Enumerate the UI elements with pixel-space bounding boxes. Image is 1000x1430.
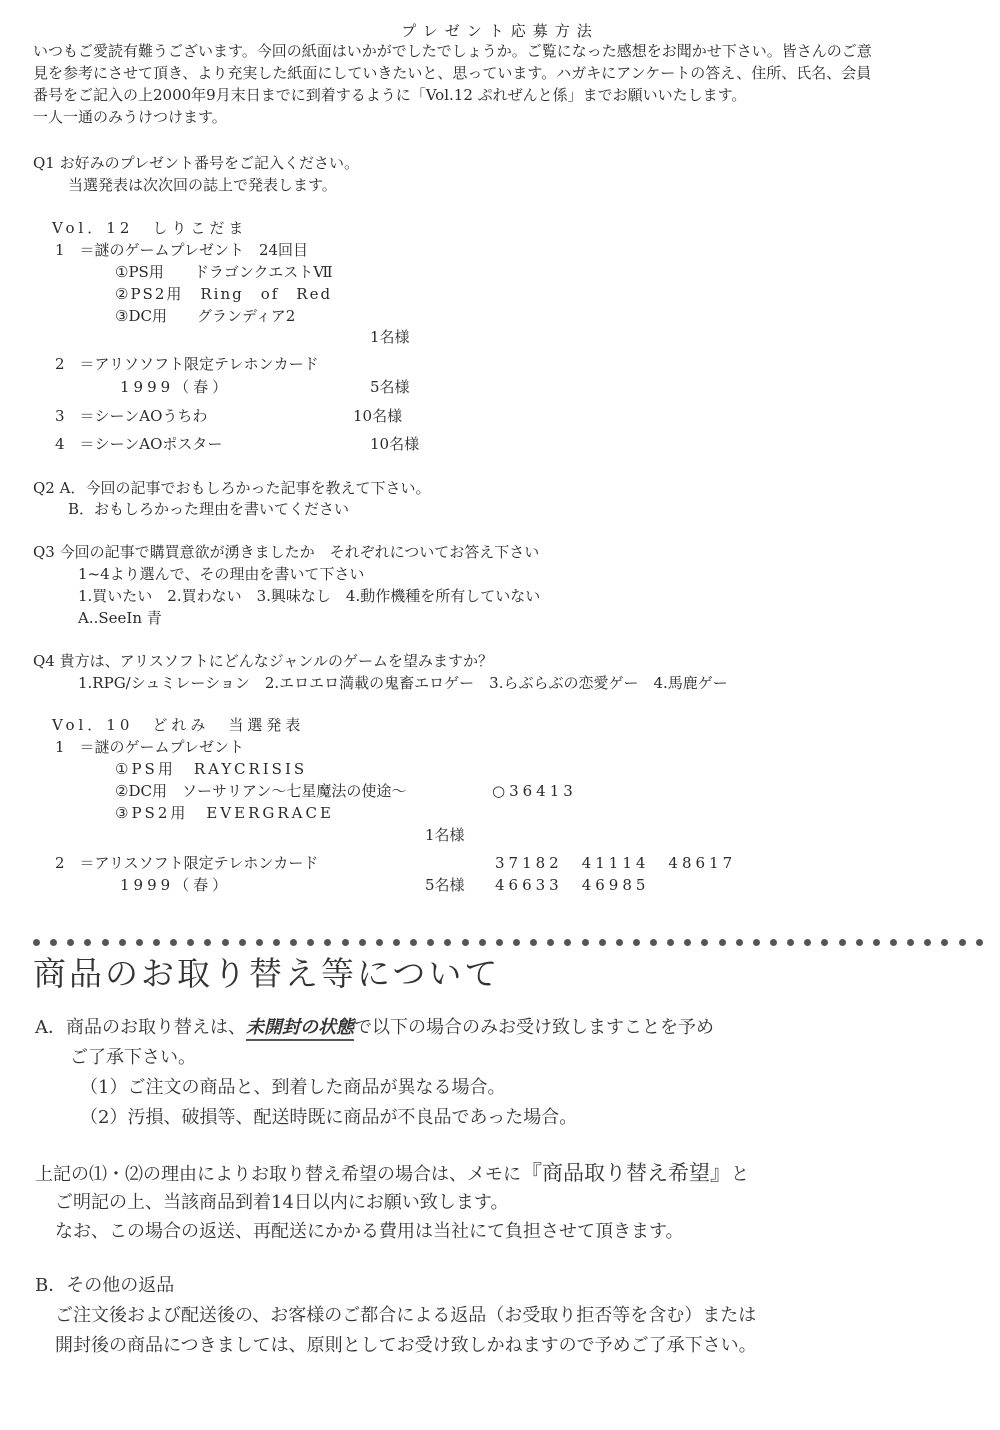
vol10-heading: Vol．10 どれみ 当選発表 xyxy=(52,714,304,736)
separator-dot xyxy=(684,939,691,946)
separator-dot xyxy=(582,939,589,946)
vol10-item1-label: 1 ＝謎のゲームプレゼント xyxy=(55,736,244,758)
separator-dot xyxy=(907,939,914,946)
separator-dot xyxy=(530,939,537,946)
separator-dot xyxy=(496,939,503,946)
separator-dot xyxy=(564,939,571,946)
separator-dot xyxy=(616,939,623,946)
separator-dot xyxy=(427,939,434,946)
q1-note: 当選発表は次次回の誌上で発表します。 xyxy=(68,174,337,196)
separator-dot xyxy=(839,939,846,946)
dotted-separator xyxy=(33,936,983,948)
separator-dot xyxy=(650,939,657,946)
separator-dot xyxy=(787,939,794,946)
vol12-item1-label: 1 ＝謎のゲームプレゼント 24回目 xyxy=(55,239,308,261)
exchange-note-line2: ご明記の上、当該商品到着14日以内にお願い致します。 xyxy=(55,1188,508,1218)
vol12-item1-option: ①PS用 ドラゴンクエストⅦ xyxy=(115,261,333,283)
vol12-item1-option: ②PS2用 Ring of Red xyxy=(115,283,332,305)
returns-heading: B．その他の返品 xyxy=(35,1271,174,1301)
separator-dot xyxy=(204,939,211,946)
vol12-item2-sub: 1999（春） xyxy=(120,376,231,398)
separator-dot xyxy=(102,939,109,946)
vol10-item2-sub: 1999（春） xyxy=(120,874,231,896)
separator-dot xyxy=(444,939,451,946)
q3-question: Q3 今回の記事で購買意欲が湧きましたか それぞれについてお答え下さい xyxy=(33,541,539,563)
vol10-item1-option: ③PS2用 EVERGRACE xyxy=(115,802,334,824)
separator-dot xyxy=(736,939,743,946)
q3-instruction: 1~4より選んで、その理由を書いて下さい xyxy=(78,563,364,585)
separator-dot xyxy=(393,939,400,946)
q3-choices: 1.買いたい 2.買わない 3.興味なし 4.動作機種を所有していない xyxy=(78,585,540,607)
separator-dot xyxy=(290,939,297,946)
separator-dot xyxy=(941,939,948,946)
separator-dot xyxy=(804,939,811,946)
separator-dot xyxy=(479,939,486,946)
separator-dot xyxy=(222,939,229,946)
separator-dot xyxy=(273,939,280,946)
separator-dot xyxy=(50,939,57,946)
vol10-item1-option2-winner: ○36413 xyxy=(492,780,577,802)
exchange-note-line1: 上記の⑴・⑵の理由によりお取り替え希望の場合は、メモに『商品取り替え希望』と xyxy=(35,1158,749,1190)
intro-line: 見を参考にさせて頂き、より充実した紙面にしていきたいと、思っています。ハガキにア… xyxy=(33,62,983,84)
separator-dot xyxy=(376,939,383,946)
separator-dot xyxy=(667,939,674,946)
q3-item-a: A..SeeIn 青 xyxy=(78,607,162,629)
exchange-request-emphasis: 『商品取り替え希望』 xyxy=(521,1161,731,1185)
vol10-item2-numbers-row2: 46633 46985 xyxy=(495,874,649,896)
returns-line1: ご注文後および配送後の、お客様のご都合による返品（お受取り拒否等を含む）または xyxy=(55,1301,756,1331)
vol10-item1-option: ①PS用 RAYCRISIS xyxy=(115,758,307,780)
exchange-a-prefix: A．商品のお取り替えは、 xyxy=(35,1017,246,1038)
exchange-a-line2: ご了承下さい。 xyxy=(70,1043,196,1073)
separator-dot xyxy=(856,939,863,946)
separator-dot xyxy=(239,939,246,946)
separator-dot xyxy=(324,939,331,946)
separator-dot xyxy=(67,939,74,946)
q4-choices: 1.RPG/シュミレーション 2.エロエロ満載の鬼畜エロゲー 3.らぶらぶの恋愛… xyxy=(78,672,728,694)
vol12-item3-winners: 10名様 xyxy=(353,405,402,427)
vol12-item2-winners: 5名様 xyxy=(370,376,410,398)
vol12-item1-winners: 1名様 xyxy=(370,326,410,348)
separator-dot xyxy=(719,939,726,946)
separator-dot xyxy=(187,939,194,946)
separator-dot xyxy=(359,939,366,946)
separator-dot xyxy=(701,939,708,946)
q4-question: Q4 貴方は、アリスソフトにどんなジャンルのゲームを望みますか？ xyxy=(33,650,493,672)
separator-dot xyxy=(959,939,966,946)
separator-dot xyxy=(976,939,983,946)
vol10-item1-winners: 1名様 xyxy=(425,824,465,846)
separator-dot xyxy=(890,939,897,946)
separator-dot xyxy=(873,939,880,946)
intro-paragraph: いつもご愛読有難うございます。今回の紙面はいかがでしたでしょうか。ご覧になった感… xyxy=(33,40,983,128)
separator-dot xyxy=(513,939,520,946)
vol12-item4-label: 4 ＝シーンAOポスター xyxy=(55,433,222,455)
separator-dot xyxy=(33,939,40,946)
intro-line: いつもご愛読有難うございます。今回の紙面はいかがでしたでしょうか。ご覧になった感… xyxy=(33,40,983,62)
separator-dot xyxy=(770,939,777,946)
separator-dot xyxy=(256,939,263,946)
separator-dot xyxy=(119,939,126,946)
separator-dot xyxy=(84,939,91,946)
exchange-note-suffix: と xyxy=(731,1164,749,1185)
page-title: プレゼント応募方法 xyxy=(0,20,1000,41)
separator-dot xyxy=(307,939,314,946)
separator-dot xyxy=(170,939,177,946)
vol12-item3-label: 3 ＝シーンAOうちわ xyxy=(55,405,207,427)
q2-question-b: B．おもしろかった理由を書いてください xyxy=(68,498,349,520)
exchange-case-1: （1）ご注文の商品と、到着した商品が異なる場合。 xyxy=(80,1073,505,1103)
exchange-a-line1: A．商品のお取り替えは、未開封の状態で以下の場合のみお受け致しますことを予め xyxy=(35,1013,714,1043)
vol12-item4-winners: 10名様 xyxy=(370,433,419,455)
separator-dot xyxy=(462,939,469,946)
separator-dot xyxy=(153,939,160,946)
vol12-heading: Vol．12 しりこだま xyxy=(52,217,247,239)
separator-dot xyxy=(136,939,143,946)
exchange-note-line3: なお、この場合の返送、再配送にかかる費用は当社にて負担させて頂きます。 xyxy=(55,1217,684,1247)
exchange-heading: 商品のお取り替え等について xyxy=(33,953,500,995)
returns-line2: 開封後の商品につきましては、原則としてお受け致しかねますので予めご了承下さい。 xyxy=(55,1331,757,1361)
vol10-item2-numbers-row1: 37182 41114 48617 xyxy=(495,852,736,874)
vol12-item2-label: 2 ＝アリソソフト限定テレホンカード xyxy=(55,353,319,375)
separator-dot xyxy=(821,939,828,946)
separator-dot xyxy=(410,939,417,946)
exchange-note-prefix: 上記の⑴・⑵の理由によりお取り替え希望の場合は、メモに xyxy=(35,1164,521,1185)
separator-dot xyxy=(924,939,931,946)
intro-line: 一人一通のみうけつけます。 xyxy=(33,106,983,128)
intro-line: 番号をご記入の上2000年9月末日までに到着するように「Vol.12 ぷれぜんと… xyxy=(33,84,983,106)
exchange-case-2: （2）汚損、破損等、配送時既に商品が不良品であった場合。 xyxy=(80,1103,577,1133)
separator-dot xyxy=(633,939,640,946)
separator-dot xyxy=(753,939,760,946)
vol12-item1-option: ③DC用 グランディア2 xyxy=(115,305,295,327)
vol10-item2-winners: 5名様 xyxy=(425,874,465,896)
vol10-item2-label: 2 ＝アリスソフト限定テレホンカード xyxy=(55,852,318,874)
exchange-a-suffix: で以下の場合のみお受け致しますことを予め xyxy=(354,1017,714,1038)
q2-question-a: Q2 A．今回の記事でおもしろかった記事を教えて下さい。 xyxy=(33,477,430,499)
separator-dot xyxy=(342,939,349,946)
vol10-item1-option: ②DC用 ソーサリアン～七星魔法の使途～ xyxy=(115,780,406,802)
unopened-emphasis: 未開封の状態 xyxy=(246,1017,354,1041)
separator-dot xyxy=(547,939,554,946)
separator-dot xyxy=(599,939,606,946)
q1-question: Q1 お好みのプレゼント番号をご記入ください。 xyxy=(33,152,359,174)
